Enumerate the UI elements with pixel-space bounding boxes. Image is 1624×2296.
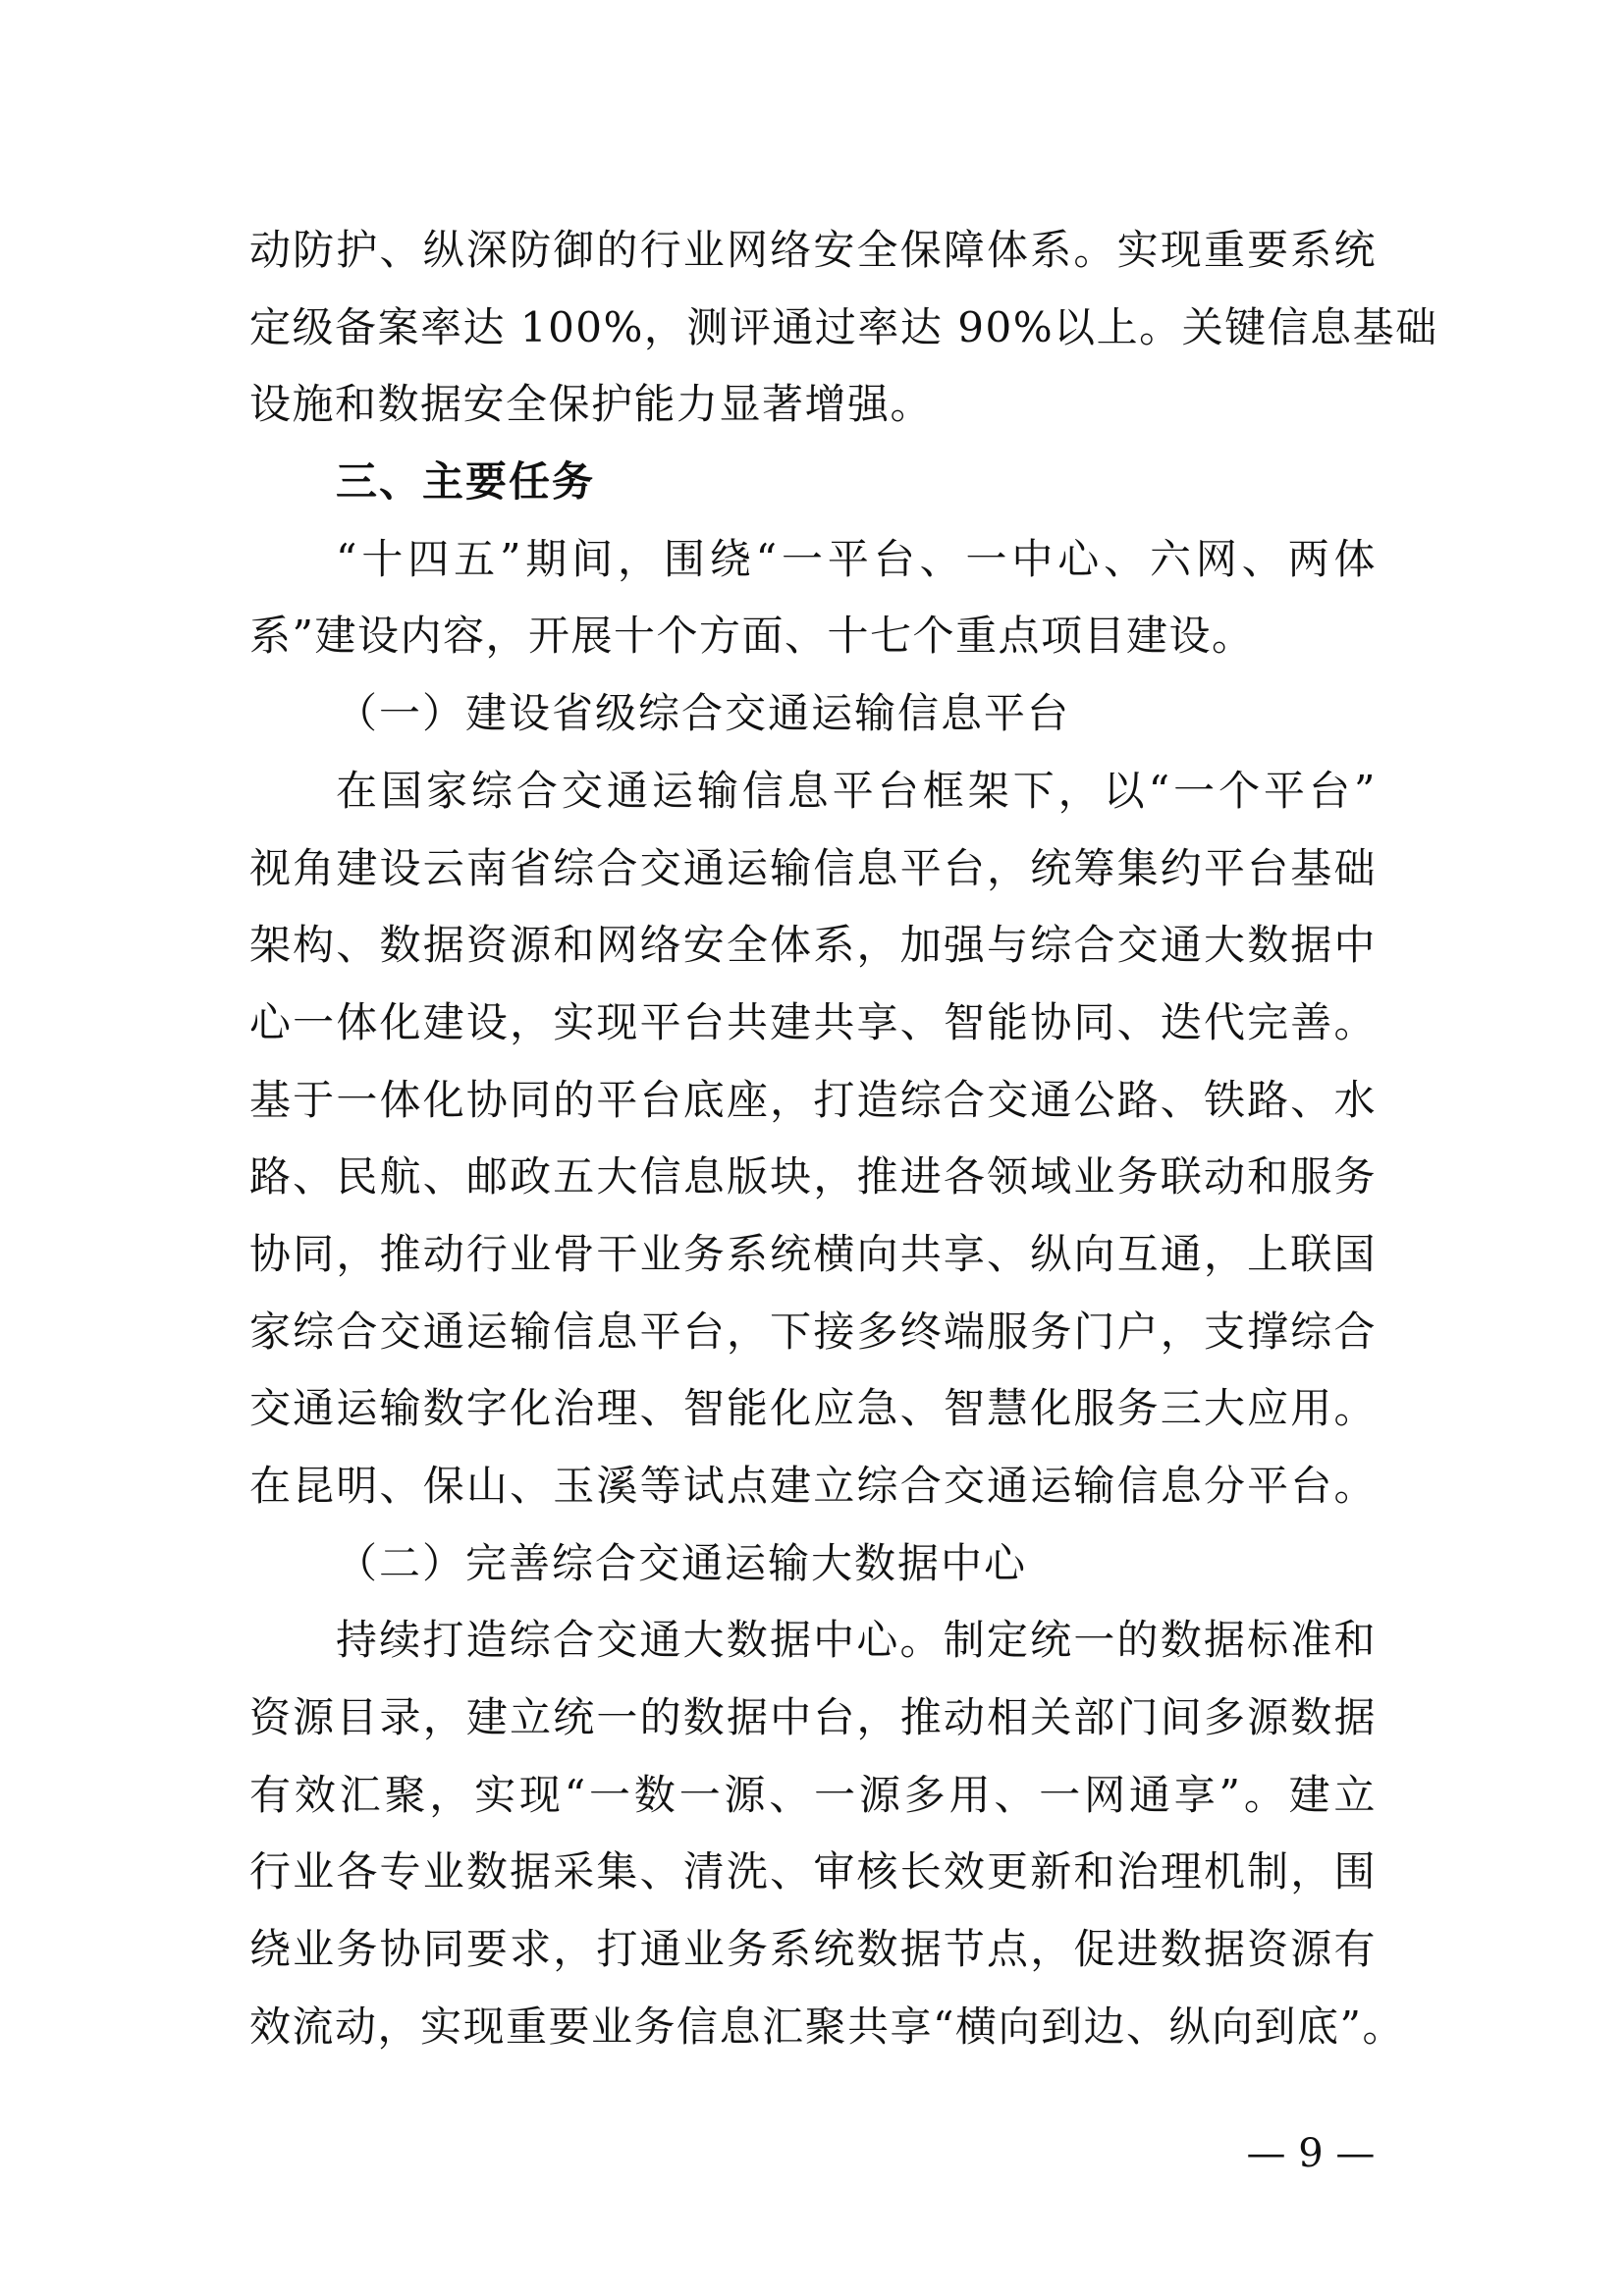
page-number: — 9 — (1239, 2130, 1382, 2177)
body-line: 路、民航、邮政五大信息版块，推进各领域业务联动和服务 (249, 1139, 1377, 1216)
document-page: 动防护、纵深防御的行业网络安全保障体系。实现重要系统 定级备案率达 100%，测… (0, 0, 1624, 2296)
body-line: 架构、数据资源和网络安全体系，加强与综合交通大数据中 (249, 907, 1377, 985)
subsection-heading-info-platform: （一）建设省级综合交通运输信息平台 (249, 675, 1377, 753)
body-line: 资源目录，建立统一的数据中台，推动相关部门间多源数据 (249, 1680, 1377, 1757)
body-line: 视角建设云南省综合交通运输信息平台，统筹集约平台基础 (249, 830, 1377, 908)
subsection-heading-big-data-center: （二）完善综合交通运输大数据中心 (249, 1525, 1377, 1603)
body-line: “十四五”期间，围绕“一平台、一中心、六网、两体 (249, 521, 1377, 599)
section-heading-main-tasks: 三、主要任务 (249, 444, 1377, 521)
body-line: 协同，推动行业骨干业务系统横向共享、纵向互通，上联国 (249, 1216, 1377, 1294)
body-line: 绕业务协同要求，打通业务系统数据节点，促进数据资源有 (249, 1911, 1377, 1989)
body-line: 动防护、纵深防御的行业网络安全保障体系。实现重要系统 (249, 212, 1377, 290)
body-line: 心一体化建设，实现平台共建共享、智能协同、迭代完善。 (249, 985, 1377, 1062)
body-line: 在昆明、保山、玉溪等试点建立综合交通运输信息分平台。 (249, 1448, 1377, 1525)
body-line: 家综合交通运输信息平台，下接多终端服务门户，支撑综合 (249, 1294, 1377, 1371)
body-line: 在国家综合交通运输信息平台框架下，以“一个平台” (249, 753, 1377, 830)
body-line: 基于一体化协同的平台底座，打造综合交通公路、铁路、水 (249, 1062, 1377, 1140)
body-line: 交通运输数字化治理、智能化应急、智慧化服务三大应用。 (249, 1370, 1377, 1448)
body-line: 有效汇聚，实现“一数一源、一源多用、一网通享”。建立 (249, 1757, 1377, 1835)
body-line: 效流动，实现重要业务信息汇聚共享“横向到边、纵向到底”。 (249, 1989, 1377, 2066)
body-line: 持续打造综合交通大数据中心。制定统一的数据标准和 (249, 1602, 1377, 1680)
body-line: 设施和数据安全保护能力显著增强。 (249, 366, 1377, 444)
body-line: 系”建设内容，开展十个方面、十七个重点项目建设。 (249, 598, 1377, 675)
body-line: 定级备案率达 100%，测评通过率达 90%以上。关键信息基础 (249, 290, 1377, 367)
body-line: 行业各专业数据采集、清洗、审核长效更新和治理机制，围 (249, 1834, 1377, 1911)
page-body: 动防护、纵深防御的行业网络安全保障体系。实现重要系统 定级备案率达 100%，测… (249, 212, 1377, 2066)
